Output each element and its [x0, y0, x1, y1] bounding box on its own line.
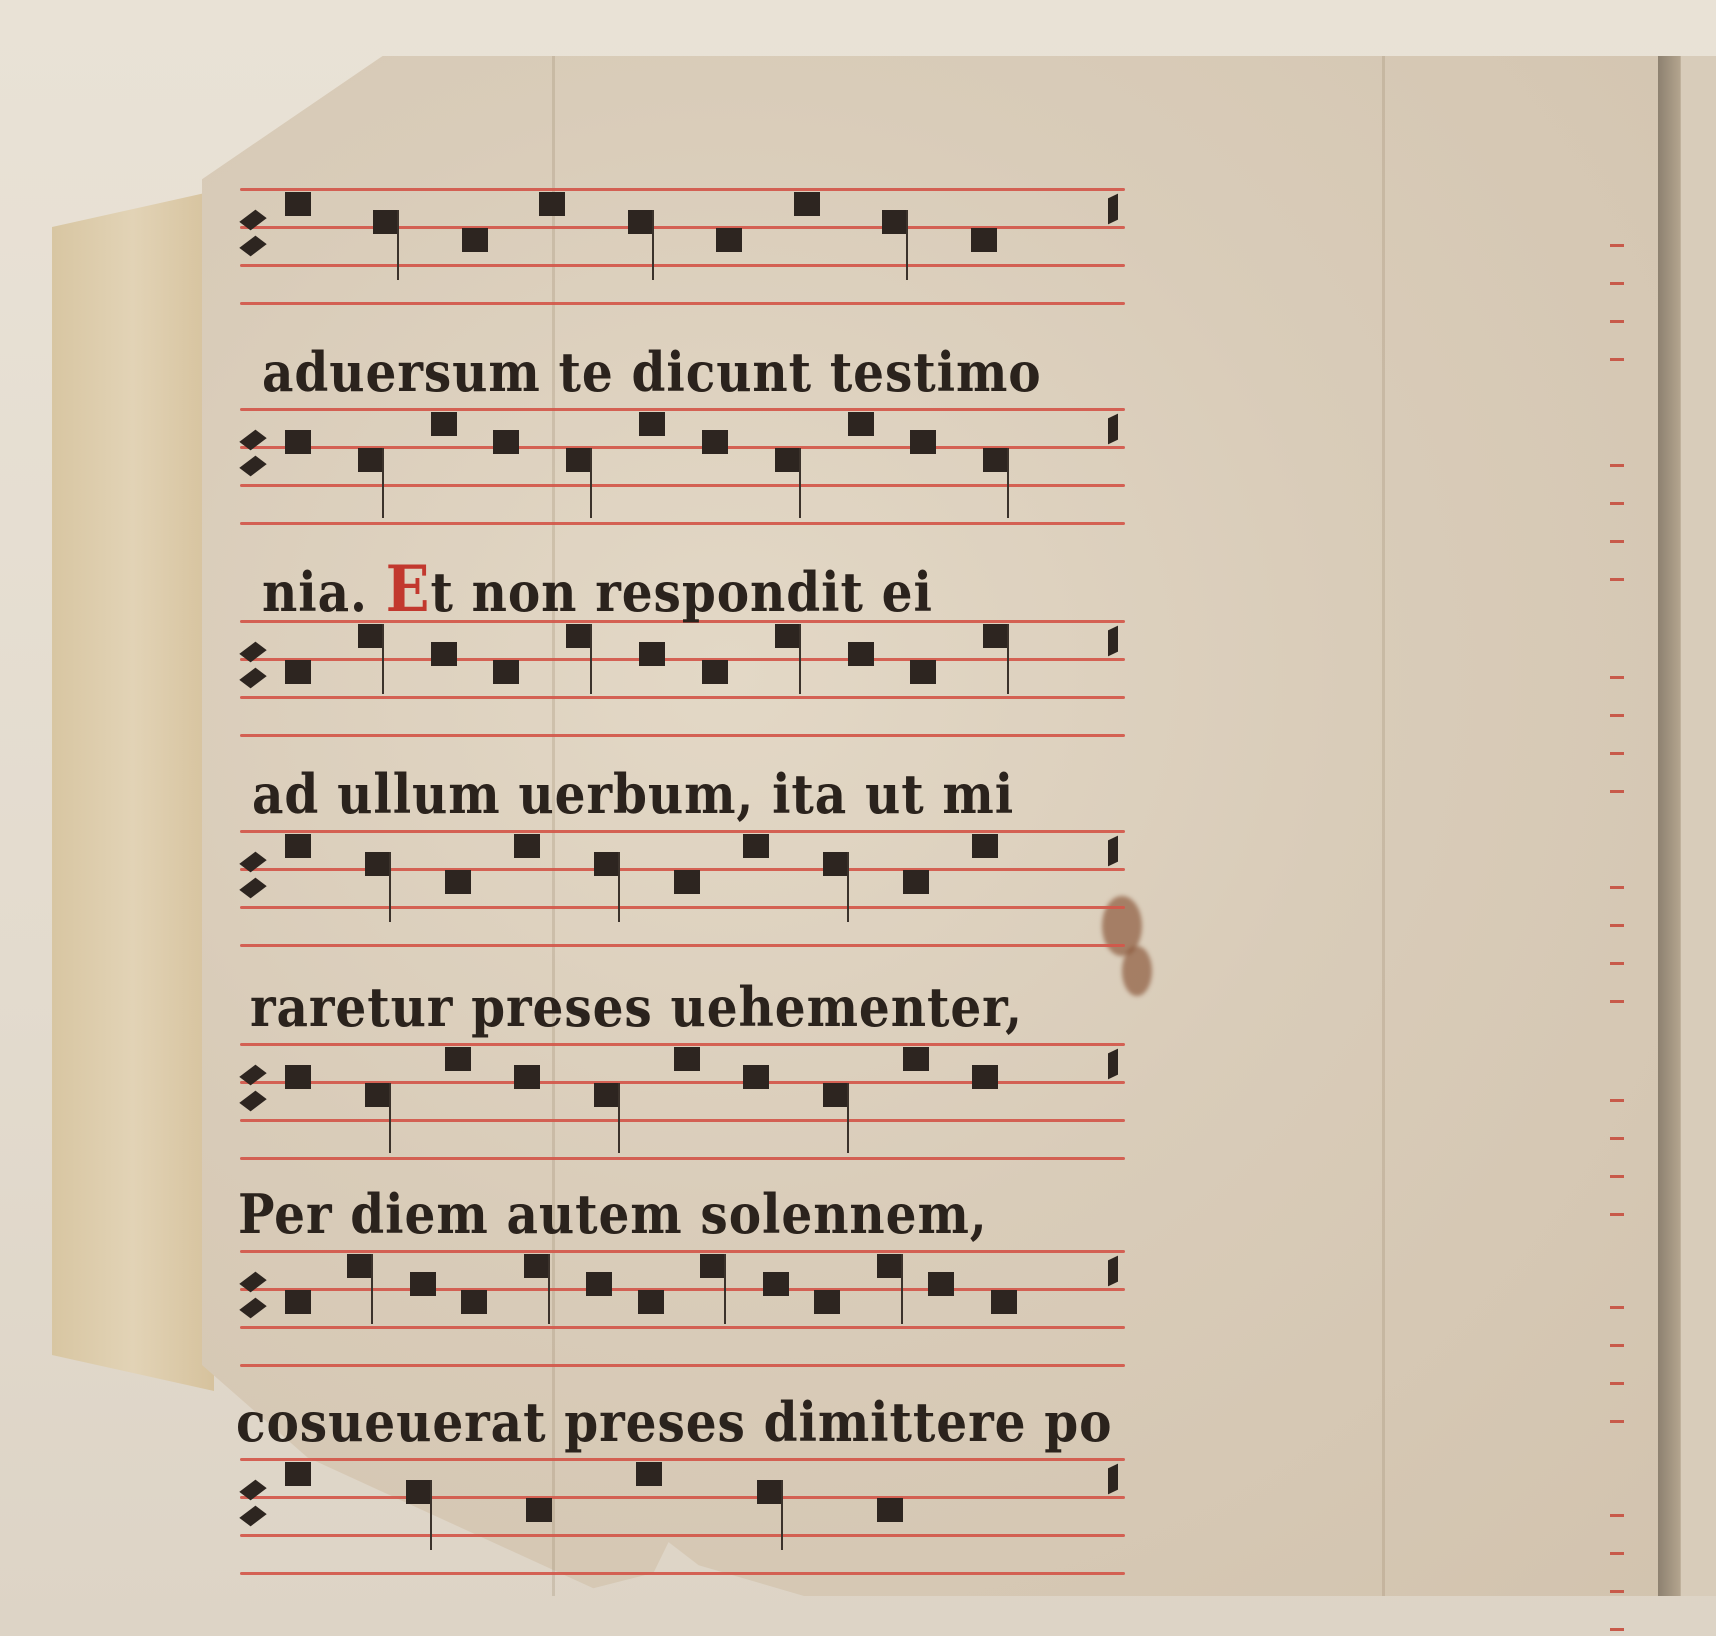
note-stem	[382, 624, 384, 694]
square-note	[594, 852, 620, 876]
fold-crease	[1382, 56, 1385, 1596]
staff-line	[240, 1326, 1125, 1329]
square-note	[775, 448, 801, 472]
staff-line	[240, 734, 1125, 737]
custos-icon	[1108, 414, 1118, 445]
note-stem	[590, 448, 592, 518]
square-note	[716, 228, 742, 252]
note-stem	[389, 852, 391, 922]
note-stem	[652, 210, 654, 280]
note-stem	[1007, 624, 1009, 694]
note-stem	[618, 852, 620, 922]
lyric-line-6: cosueuerat preses dimittere po	[236, 1390, 1112, 1454]
square-note	[431, 412, 457, 436]
note-stem	[618, 1083, 620, 1153]
square-note	[983, 448, 1009, 472]
square-note	[910, 660, 936, 684]
square-note	[539, 192, 565, 216]
note-stem	[397, 210, 399, 280]
adjacent-staff-tick	[1610, 578, 1624, 581]
note-stem	[781, 1480, 783, 1550]
square-note	[743, 1065, 769, 1089]
square-note	[406, 1480, 432, 1504]
note-stem	[799, 448, 801, 518]
adjacent-staff-tick	[1610, 1213, 1624, 1216]
square-note	[285, 1065, 311, 1089]
square-note	[462, 228, 488, 252]
lyric-text: raretur preses uehementer,	[250, 975, 1023, 1039]
adjacent-staff-tick	[1610, 676, 1624, 679]
square-note	[928, 1272, 954, 1296]
square-note	[910, 430, 936, 454]
square-note	[823, 852, 849, 876]
adjacent-staff-tick	[1610, 1628, 1624, 1631]
square-note	[365, 852, 391, 876]
square-note	[639, 642, 665, 666]
adjacent-staff-tick	[1610, 320, 1624, 323]
square-note	[347, 1254, 373, 1278]
lyric-text: cosueuerat preses dimittere po	[236, 1390, 1112, 1454]
adjacent-staff-tick	[1610, 1590, 1624, 1593]
adjacent-staff-tick	[1610, 886, 1624, 889]
adjacent-staff-tick	[1610, 1420, 1624, 1423]
square-note	[636, 1462, 662, 1486]
square-note	[700, 1254, 726, 1278]
adjacent-staff-tick	[1610, 1175, 1624, 1178]
staff-line	[240, 906, 1125, 909]
note-stem	[799, 624, 801, 694]
custos-icon	[1108, 1256, 1118, 1287]
folded-flap	[52, 191, 214, 1391]
lyric-line-5: Per diem autem solennem,	[238, 1182, 988, 1246]
square-note	[445, 1047, 471, 1071]
staff-line	[240, 1157, 1125, 1160]
staff-line	[240, 408, 1125, 411]
lyric-text: Per diem autem solennem,	[238, 1182, 988, 1246]
lyric-line-1: aduersum te dicunt testimo	[262, 340, 1042, 404]
staff-line	[240, 1572, 1125, 1575]
square-note	[493, 660, 519, 684]
square-note	[285, 430, 311, 454]
square-note	[972, 1065, 998, 1089]
lyric-text: nia.	[262, 560, 368, 624]
note-stem	[901, 1254, 903, 1324]
custos-icon	[1108, 194, 1118, 225]
square-note	[358, 448, 384, 472]
square-note	[285, 192, 311, 216]
square-note	[566, 624, 592, 648]
staff-line	[240, 1119, 1125, 1122]
adjacent-leaf-edge	[1680, 56, 1716, 1596]
square-note	[628, 210, 654, 234]
note-stem	[389, 1083, 391, 1153]
square-note	[461, 1290, 487, 1314]
note-stem	[382, 448, 384, 518]
square-note	[358, 624, 384, 648]
square-note	[514, 1065, 540, 1089]
note-stem	[906, 210, 908, 280]
square-note	[743, 834, 769, 858]
square-note	[526, 1498, 552, 1522]
square-note	[285, 1462, 311, 1486]
adjacent-staff-tick	[1610, 1514, 1624, 1517]
note-stem	[548, 1254, 550, 1324]
square-note	[848, 412, 874, 436]
note-stem	[590, 624, 592, 694]
square-note	[823, 1083, 849, 1107]
lyric-line-4: raretur preses uehementer,	[250, 975, 1023, 1039]
staff-line	[240, 1534, 1125, 1537]
lyric-text: ad ullum uerbum, ita ut mi	[252, 762, 1014, 826]
square-note	[757, 1480, 783, 1504]
custos-icon	[1108, 626, 1118, 657]
square-note	[493, 430, 519, 454]
note-stem	[847, 1083, 849, 1153]
square-note	[991, 1290, 1017, 1314]
square-note	[983, 624, 1009, 648]
adjacent-staff-tick	[1610, 752, 1624, 755]
staff-line	[240, 1496, 1125, 1499]
note-stem	[847, 852, 849, 922]
square-note	[903, 1047, 929, 1071]
staff-line	[240, 522, 1125, 525]
square-note	[373, 210, 399, 234]
binding-gutter	[1658, 56, 1680, 1596]
square-note	[763, 1272, 789, 1296]
lyric-text: t non respondit ei	[430, 560, 932, 624]
staff-line	[240, 188, 1125, 191]
adjacent-staff-tick	[1610, 464, 1624, 467]
adjacent-staff-tick	[1610, 282, 1624, 285]
lyric-line-2: nia. Et non respondit ei	[262, 552, 933, 627]
square-note	[877, 1254, 903, 1278]
square-note	[882, 210, 908, 234]
note-stem	[1007, 448, 1009, 518]
square-note	[594, 1083, 620, 1107]
square-note	[638, 1290, 664, 1314]
square-note	[702, 660, 728, 684]
square-note	[702, 430, 728, 454]
square-note	[639, 412, 665, 436]
adjacent-staff-tick	[1610, 1000, 1624, 1003]
note-stem	[430, 1480, 432, 1550]
adjacent-staff-tick	[1610, 962, 1624, 965]
square-note	[877, 1498, 903, 1522]
square-note	[566, 448, 592, 472]
staff-line	[240, 944, 1125, 947]
square-note	[431, 642, 457, 666]
adjacent-staff-tick	[1610, 502, 1624, 505]
adjacent-staff-tick	[1610, 244, 1624, 247]
adjacent-staff-tick	[1610, 1099, 1624, 1102]
square-note	[410, 1272, 436, 1296]
staff-line	[240, 696, 1125, 699]
lyric-line-3: ad ullum uerbum, ita ut mi	[252, 762, 1014, 826]
rubricated-initial: E	[386, 552, 431, 627]
square-note	[972, 834, 998, 858]
square-note	[848, 642, 874, 666]
staff-line	[240, 1458, 1125, 1461]
staff-line	[240, 658, 1125, 661]
staff-line	[240, 264, 1125, 267]
square-note	[775, 624, 801, 648]
staff-line	[240, 1043, 1125, 1046]
staff-line	[240, 830, 1125, 833]
adjacent-staff-tick	[1610, 1552, 1624, 1555]
adjacent-staff-tick	[1610, 540, 1624, 543]
square-note	[285, 1290, 311, 1314]
custos-icon	[1108, 836, 1118, 867]
square-note	[903, 870, 929, 894]
square-note	[814, 1290, 840, 1314]
square-note	[674, 1047, 700, 1071]
adjacent-staff-tick	[1610, 1137, 1624, 1140]
square-note	[794, 192, 820, 216]
adjacent-staff-tick	[1610, 1306, 1624, 1309]
staff-line	[240, 484, 1125, 487]
note-stem	[724, 1254, 726, 1324]
adjacent-staff-tick	[1610, 1344, 1624, 1347]
square-note	[445, 870, 471, 894]
square-note	[586, 1272, 612, 1296]
square-note	[365, 1083, 391, 1107]
square-note	[674, 870, 700, 894]
custos-icon	[1108, 1049, 1118, 1080]
ink-stain	[1122, 946, 1152, 996]
adjacent-staff-tick	[1610, 714, 1624, 717]
adjacent-staff-tick	[1610, 358, 1624, 361]
staff-line	[240, 1250, 1125, 1253]
square-note	[285, 834, 311, 858]
adjacent-staff-tick	[1610, 1382, 1624, 1385]
adjacent-staff-tick	[1610, 924, 1624, 927]
staff-line	[240, 1364, 1125, 1367]
custos-icon	[1108, 1464, 1118, 1495]
adjacent-staff-tick	[1610, 790, 1624, 793]
note-stem	[371, 1254, 373, 1324]
square-note	[514, 834, 540, 858]
square-note	[971, 228, 997, 252]
staff-line	[240, 302, 1125, 305]
square-note	[285, 660, 311, 684]
lyric-text: aduersum te dicunt testimo	[262, 340, 1042, 404]
square-note	[524, 1254, 550, 1278]
